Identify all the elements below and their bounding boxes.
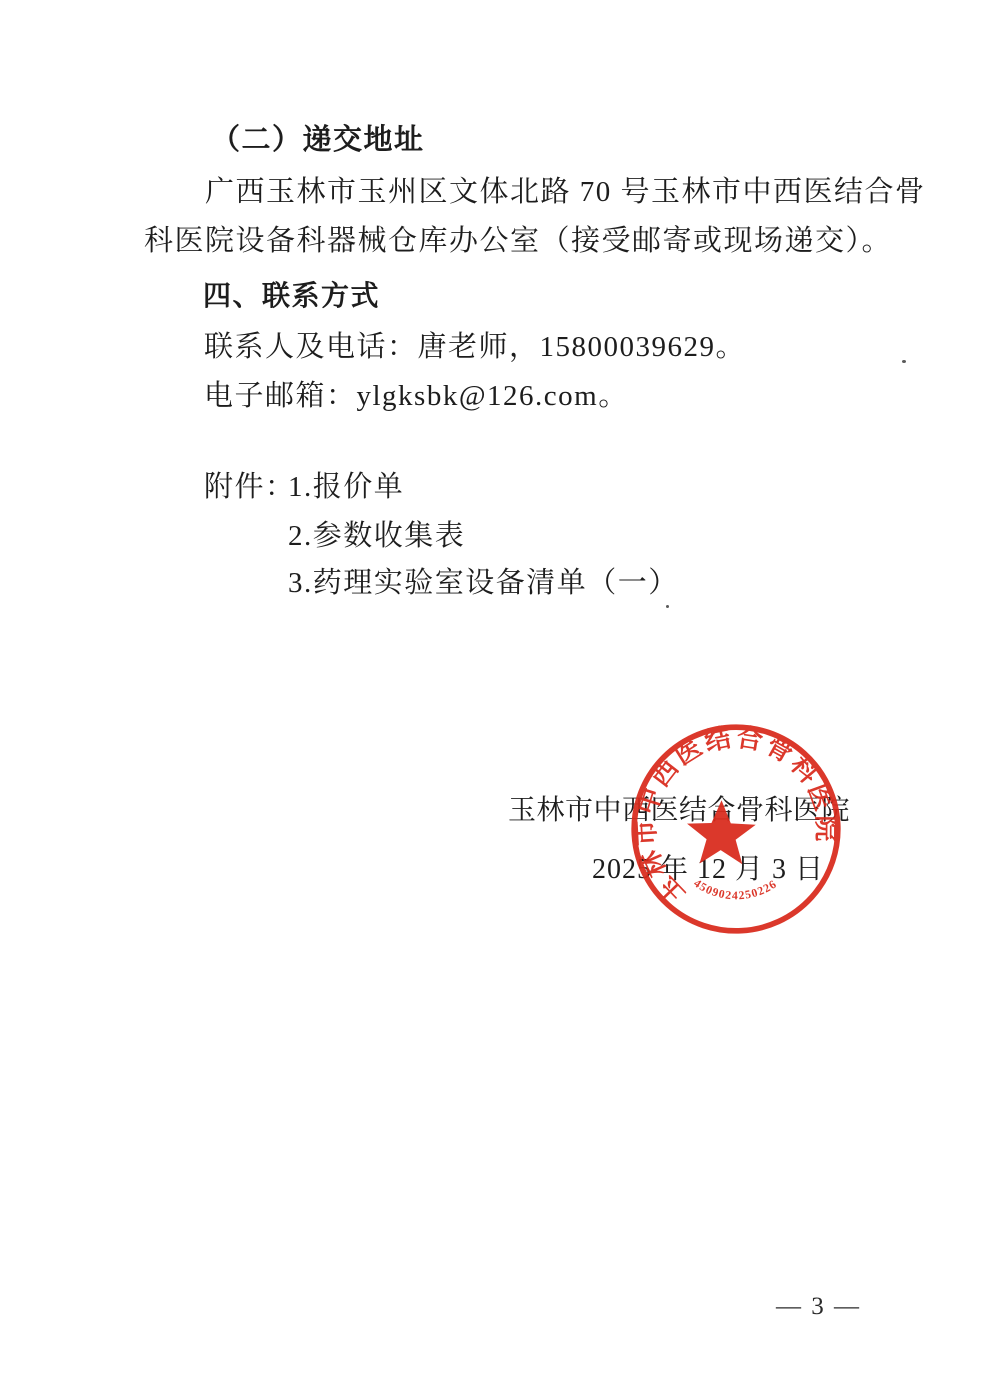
scan-speck (666, 605, 669, 608)
star-icon (686, 800, 756, 865)
seal-code-text: 4509024250226 (691, 873, 780, 905)
contact-phone-line: 联系人及电话：唐老师，15800039629。 (204, 333, 746, 362)
address-line-1: 广西玉林市玉州区文体北路 70 号玉林市中西医结合骨 (205, 178, 926, 207)
contact-email-line: 电子邮箱：ylgksbk@126.com。 (204, 382, 629, 411)
attachments-label: 附件： (204, 473, 296, 502)
attachment-item-2: 2.参数收集表 (288, 522, 465, 551)
seal-ring-text: 玉林市中西医结合骨科医院 (626, 717, 845, 912)
heading-submit-address: （二）递交地址 (211, 126, 425, 155)
scan-speck (902, 360, 906, 363)
seal-graphic: 玉林市中西医结合骨科医院 4509024250226 (620, 714, 851, 943)
attachment-item-1: 1.报价单 (288, 473, 404, 502)
attachment-item-3: 3.药理实验室设备清单（一） (288, 569, 679, 598)
official-seal-stamp: 玉林市中西医结合骨科医院 4509024250226 (620, 714, 851, 943)
heading-contact: 四、联系方式 (203, 282, 380, 310)
address-line-2: 科医院设备科器械仓库办公室（接受邮寄或现场递交）。 (144, 227, 892, 256)
page-number: — 3 — (776, 1293, 861, 1321)
document-page: （二）递交地址 广西玉林市玉州区文体北路 70 号玉林市中西医结合骨 科医院设备… (0, 0, 1000, 1392)
